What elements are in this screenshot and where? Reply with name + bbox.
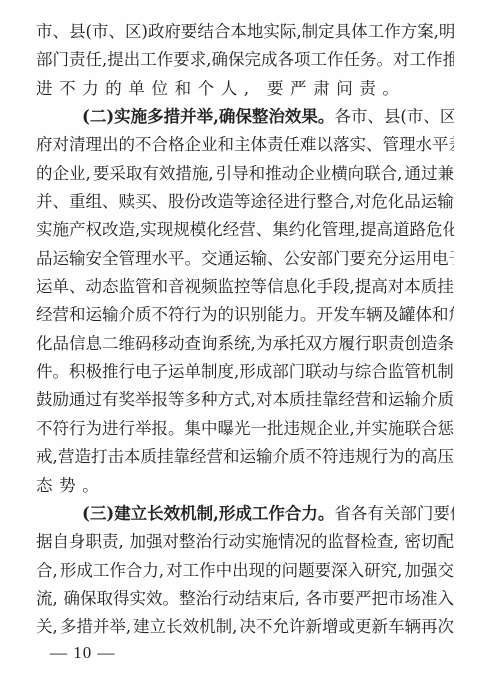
glyph: 经	[223, 216, 240, 244]
glyph: 质	[289, 386, 306, 414]
glyph: 体	[351, 18, 368, 46]
glyph: 行	[119, 358, 136, 386]
glyph: 过	[86, 386, 103, 414]
glyph: 肃	[313, 75, 330, 103]
text-line: 进不力的单位和个人,要严肃问责。	[36, 75, 454, 103]
glyph: 并	[36, 188, 53, 216]
text-line: 实施产权改造,实现规模化经营、集约化管理,提高道路危化	[36, 216, 454, 244]
glyph: 挂	[157, 443, 174, 471]
glyph: 举	[197, 103, 214, 131]
glyph: 业	[201, 131, 218, 159]
glyph: ,	[208, 160, 215, 188]
glyph: 改	[102, 216, 119, 244]
glyph: 果	[301, 103, 318, 131]
glyph: 造	[421, 330, 438, 358]
glyph: 清	[69, 131, 86, 159]
glyph: 式	[234, 386, 251, 414]
glyph: 制	[437, 358, 454, 386]
glyph: 形	[219, 500, 236, 528]
glyph: 完	[245, 46, 262, 74]
glyph: 。	[318, 103, 335, 131]
glyph: 单	[53, 273, 70, 301]
glyph: 各	[306, 585, 323, 613]
glyph: 份	[185, 188, 202, 216]
glyph: 要	[315, 557, 332, 585]
glyph: 确	[64, 585, 81, 613]
glyph: 进	[102, 415, 119, 443]
glyph: 及	[383, 301, 400, 329]
glyph: 措	[175, 160, 192, 188]
glyph: 运	[421, 188, 438, 216]
glyph: 行	[212, 528, 229, 556]
glyph: 运	[388, 386, 405, 414]
glyph: 动	[229, 585, 246, 613]
glyph: 造	[75, 443, 92, 471]
glyph: 治	[196, 585, 213, 613]
glyph: 动	[168, 330, 185, 358]
glyph: 行	[119, 415, 136, 443]
glyph: 体	[416, 301, 433, 329]
glyph: 查	[377, 528, 394, 556]
glyph: ,	[119, 528, 130, 556]
glyph: 危	[449, 301, 455, 329]
glyph: 督	[344, 528, 361, 556]
glyph: 。	[168, 415, 185, 443]
glyph: 实	[36, 216, 53, 244]
glyph: 出	[232, 557, 249, 585]
glyph: 。	[382, 75, 399, 103]
glyph: 的	[311, 528, 328, 556]
glyph: 次	[437, 613, 454, 641]
glyph: 合	[214, 18, 231, 46]
glyph: 为	[256, 330, 273, 358]
glyph: 运	[240, 443, 257, 471]
glyph: 业	[69, 160, 86, 188]
glyph: 立	[131, 500, 148, 528]
glyph: 方	[401, 18, 418, 46]
glyph: 合	[381, 160, 398, 188]
glyph: ,	[397, 160, 404, 188]
glyph: 光	[234, 415, 251, 443]
text-line: 合,形成工作合力,对工作中出现的问题要深入研究,加强交	[36, 557, 454, 585]
glyph: 中	[201, 415, 218, 443]
glyph: 化	[443, 216, 455, 244]
glyph: 门	[417, 500, 434, 528]
glyph: 息	[284, 273, 301, 301]
glyph: 部	[317, 245, 334, 273]
glyph: 不	[135, 131, 152, 159]
glyph: 与	[338, 358, 355, 386]
glyph: 辆	[404, 613, 421, 641]
glyph: 市	[388, 585, 405, 613]
glyph: 不	[306, 443, 323, 471]
glyph: ,	[244, 75, 261, 103]
glyph: 业	[333, 415, 350, 443]
glyph: 输	[256, 443, 273, 471]
glyph: 况	[295, 528, 312, 556]
glyph: 电	[432, 245, 449, 273]
glyph: 规	[355, 443, 372, 471]
glyph: 途	[251, 188, 268, 216]
glyph: 条	[438, 330, 455, 358]
text-line: 件。积极推行电子运单制度,形成部门联动与综合监管机制。	[36, 358, 454, 386]
glyph: 关	[36, 613, 53, 641]
glyph: 机	[421, 358, 438, 386]
glyph: 进	[284, 188, 301, 216]
glyph: ,	[53, 613, 60, 641]
glyph: 打	[91, 443, 108, 471]
glyph: 立	[150, 613, 167, 641]
glyph: 作	[384, 18, 401, 46]
glyph: 安	[86, 245, 103, 273]
glyph: 整	[179, 585, 196, 613]
glyph: 职	[86, 528, 103, 556]
glyph: 动	[86, 273, 103, 301]
glyph: 公	[284, 245, 301, 273]
glyph: 态	[102, 273, 119, 301]
glyph: 化	[36, 330, 53, 358]
glyph: 质	[438, 386, 455, 414]
glyph: 子	[152, 358, 169, 386]
glyph: 方	[218, 386, 235, 414]
glyph: 创	[405, 330, 422, 358]
glyph: 有	[367, 500, 384, 528]
glyph: 情	[278, 528, 295, 556]
glyph: 采	[109, 160, 126, 188]
glyph: 合	[421, 415, 438, 443]
glyph: 加	[404, 557, 421, 585]
glyph: 重	[69, 188, 86, 216]
glyph: 各	[334, 103, 351, 131]
glyph: 束	[262, 585, 279, 613]
glyph: 具	[335, 18, 352, 46]
glyph: 本	[230, 18, 247, 46]
glyph: 批	[267, 415, 284, 443]
glyph: 对	[166, 557, 183, 585]
glyph: 种	[201, 386, 218, 414]
glyph: 动	[282, 160, 299, 188]
glyph: 行	[355, 330, 372, 358]
text-line: 流,确保取得实效。整治行动结束后,各市要严把市场准入	[36, 585, 454, 613]
glyph: 作	[426, 46, 443, 74]
glyph: 戒	[36, 443, 53, 471]
glyph: 效	[159, 160, 176, 188]
glyph: 明	[439, 18, 454, 46]
glyph: 切	[421, 528, 438, 556]
glyph: 的	[36, 160, 53, 188]
glyph: 品	[36, 245, 53, 273]
glyph: 询	[201, 330, 218, 358]
glyph: 县	[69, 18, 86, 46]
glyph: 入	[348, 557, 365, 585]
glyph: 新	[371, 613, 388, 641]
glyph: 市	[351, 103, 368, 131]
glyph: 和	[152, 273, 169, 301]
text-line: 并、重组、赎买、股份改造等途径进行整合,对危化品运输车辆	[36, 188, 454, 216]
glyph: 介	[119, 301, 136, 329]
glyph: 工	[410, 46, 427, 74]
glyph: 企	[298, 160, 315, 188]
glyph: 取	[126, 160, 143, 188]
glyph: 等	[168, 386, 185, 414]
glyph: 向	[348, 160, 365, 188]
glyph: 务	[360, 46, 377, 74]
glyph: 多	[60, 613, 77, 641]
glyph: 电	[135, 358, 152, 386]
glyph: 别	[251, 301, 268, 329]
glyph: 任	[86, 46, 103, 74]
glyph: 要	[181, 18, 198, 46]
glyph: 力	[301, 500, 318, 528]
glyph: 挂	[437, 273, 454, 301]
glyph: 径	[267, 188, 284, 216]
glyph: 联	[305, 358, 322, 386]
glyph: 制	[201, 358, 218, 386]
glyph: 不	[36, 415, 53, 443]
glyph: 治	[268, 103, 285, 131]
glyph: 道	[393, 216, 410, 244]
glyph: 车	[350, 301, 367, 329]
glyph: 现	[157, 216, 174, 244]
glyph: 励	[53, 386, 70, 414]
glyph: 场	[405, 585, 422, 613]
glyph: 、	[102, 188, 119, 216]
glyph: 允	[272, 613, 289, 641]
glyph: 。	[82, 472, 99, 500]
glyph: 三	[90, 500, 107, 528]
glyph: 营	[53, 301, 70, 329]
glyph: ,	[53, 557, 60, 585]
glyph: 施	[131, 103, 148, 131]
glyph: 整	[179, 528, 196, 556]
glyph: 行	[212, 585, 229, 613]
glyph: 效	[183, 613, 200, 641]
glyph: 密	[405, 528, 422, 556]
glyph: 子	[449, 245, 455, 273]
glyph: 运	[168, 358, 185, 386]
glyph: 合	[126, 557, 143, 585]
glyph: 为	[388, 443, 405, 471]
glyph: 责	[102, 528, 119, 556]
glyph: 形	[60, 557, 77, 585]
glyph: 举	[135, 415, 152, 443]
glyph: 。	[300, 301, 317, 329]
glyph: 集	[185, 415, 202, 443]
glyph: 流	[36, 585, 53, 613]
glyph: 和	[223, 443, 240, 471]
glyph: 多	[185, 386, 202, 414]
glyph: 深	[331, 557, 348, 585]
glyph: 发	[333, 301, 350, 329]
glyph: 举	[109, 613, 126, 641]
glyph: ,	[295, 585, 306, 613]
glyph: 引	[216, 160, 233, 188]
glyph: 要	[339, 585, 356, 613]
glyph: 效	[146, 585, 163, 613]
glyph: 责	[388, 330, 405, 358]
glyph: 对	[388, 273, 405, 301]
glyph: 措	[76, 613, 93, 641]
glyph: 推	[443, 46, 455, 74]
glyph: 配	[438, 528, 455, 556]
glyph: 制	[197, 500, 214, 528]
glyph: 实	[263, 18, 280, 46]
glyph: 工	[93, 557, 110, 585]
glyph: 力	[82, 75, 99, 103]
section-heading-line: (三)建立长效机制,形成工作合力。省各有关部门要依	[36, 500, 454, 528]
glyph: 权	[86, 216, 103, 244]
glyph: 规	[173, 216, 190, 244]
glyph: 造	[119, 216, 136, 244]
glyph: 、	[267, 245, 284, 273]
glyph: 对	[393, 46, 410, 74]
glyph: 措	[164, 103, 181, 131]
glyph: 化	[305, 216, 322, 244]
glyph: 现	[249, 557, 266, 585]
glyph: 以	[317, 131, 334, 159]
glyph: 交	[437, 557, 454, 585]
glyph: 管	[135, 273, 152, 301]
glyph: 质	[421, 273, 438, 301]
glyph: 全	[102, 245, 119, 273]
glyph: 制	[302, 18, 319, 46]
glyph: 工	[252, 500, 269, 528]
text-line: 运单、动态监管和音视频监控等信息化手段,提高对本质挂靠	[36, 273, 454, 301]
glyph: 中	[216, 557, 233, 585]
glyph: 强	[421, 557, 438, 585]
glyph: 区	[125, 18, 142, 46]
glyph: 加	[130, 528, 147, 556]
glyph: 介	[421, 386, 438, 414]
glyph: 、	[69, 273, 86, 301]
glyph: 行	[185, 301, 202, 329]
glyph: 平	[432, 131, 449, 159]
glyph: )	[106, 500, 114, 528]
glyph: 件	[36, 358, 53, 386]
glyph: 效	[285, 103, 302, 131]
glyph: 有	[102, 386, 119, 414]
glyph: 作	[109, 557, 126, 585]
glyph: 建	[133, 613, 150, 641]
glyph: 违	[284, 415, 301, 443]
glyph: 质	[141, 443, 158, 471]
glyph: 、	[367, 103, 384, 131]
glyph: 运	[86, 301, 103, 329]
text-line: 经营和运输介质不符行为的识别能力。开发车辆及罐体和危	[36, 301, 454, 329]
glyph: 作	[327, 46, 344, 74]
glyph: 市	[407, 103, 424, 131]
glyph: 运	[36, 273, 53, 301]
glyph: 本	[273, 386, 290, 414]
text-line: 品运输安全管理水平。交通运输、公安部门要充分运用电子	[36, 245, 454, 273]
glyph: 长	[147, 500, 164, 528]
glyph: 再	[421, 613, 438, 641]
glyph: 长	[166, 613, 183, 641]
glyph: 报	[152, 386, 169, 414]
glyph: 保	[80, 585, 97, 613]
glyph: 运	[53, 245, 70, 273]
glyph: 经	[36, 301, 53, 329]
glyph: 出	[124, 46, 141, 74]
glyph: 势	[59, 472, 76, 500]
text-line: 关,多措并举,建立长效机制,决不允许新增或更新车辆再次	[36, 613, 454, 641]
glyph: 危	[426, 216, 443, 244]
glyph: 通	[218, 245, 235, 273]
glyph: 化	[206, 216, 223, 244]
glyph: 工	[368, 18, 385, 46]
glyph: 工	[311, 46, 328, 74]
glyph: 成	[76, 557, 93, 585]
text-line: 市、县(市、区)政府要结合本地实际,制定具体工作方案,明确	[36, 18, 454, 46]
glyph: 实	[372, 415, 389, 443]
glyph: 分	[383, 245, 400, 273]
glyph: 要	[433, 500, 450, 528]
glyph: 结	[245, 585, 262, 613]
glyph: 县	[384, 103, 401, 131]
glyph: 承	[273, 330, 290, 358]
glyph: 自	[53, 528, 70, 556]
glyph: 联	[405, 415, 422, 443]
glyph: 责	[267, 131, 284, 159]
glyph: 不	[152, 301, 169, 329]
glyph: 买	[135, 188, 152, 216]
glyph: 各	[278, 46, 295, 74]
glyph: 保	[228, 46, 245, 74]
glyph: 造	[218, 188, 235, 216]
glyph: 危	[371, 188, 388, 216]
glyph: 模	[190, 216, 207, 244]
glyph: 更	[355, 613, 372, 641]
glyph: 联	[364, 160, 381, 188]
glyph: 本	[124, 443, 141, 471]
glyph: 监	[218, 273, 235, 301]
glyph: 约	[289, 216, 306, 244]
glyph: 度	[218, 358, 235, 386]
glyph: 二	[102, 330, 119, 358]
glyph: 新	[305, 613, 322, 641]
glyph: 各	[351, 500, 368, 528]
glyph: 对	[53, 131, 70, 159]
glyph: 挂	[306, 386, 323, 414]
glyph: 开	[317, 301, 334, 329]
glyph: 规	[300, 415, 317, 443]
glyph: 运	[234, 245, 251, 273]
glyph: 推	[265, 160, 282, 188]
glyph: 不	[256, 613, 273, 641]
glyph: 实	[350, 131, 367, 159]
text-line: 的企业,要采取有效措施,引导和推动企业横向联合,通过兼	[36, 160, 454, 188]
glyph: 合	[333, 188, 350, 216]
glyph: 关	[384, 500, 401, 528]
glyph: 际	[280, 18, 297, 46]
glyph: 音	[168, 273, 185, 301]
glyph: 集	[272, 216, 289, 244]
glyph: 赎	[119, 188, 136, 216]
glyph: 等	[251, 273, 268, 301]
glyph: 增	[322, 613, 339, 641]
glyph: 介	[273, 443, 290, 471]
glyph: 出	[102, 131, 119, 159]
glyph: 交	[201, 245, 218, 273]
glyph: 段	[333, 273, 350, 301]
glyph: 作	[157, 46, 174, 74]
glyph: 靠	[322, 386, 339, 414]
glyph: 态	[36, 472, 53, 500]
glyph: )	[106, 103, 114, 131]
glyph: 手	[317, 273, 334, 301]
glyph: 为	[86, 415, 103, 443]
glyph: 要	[267, 75, 284, 103]
